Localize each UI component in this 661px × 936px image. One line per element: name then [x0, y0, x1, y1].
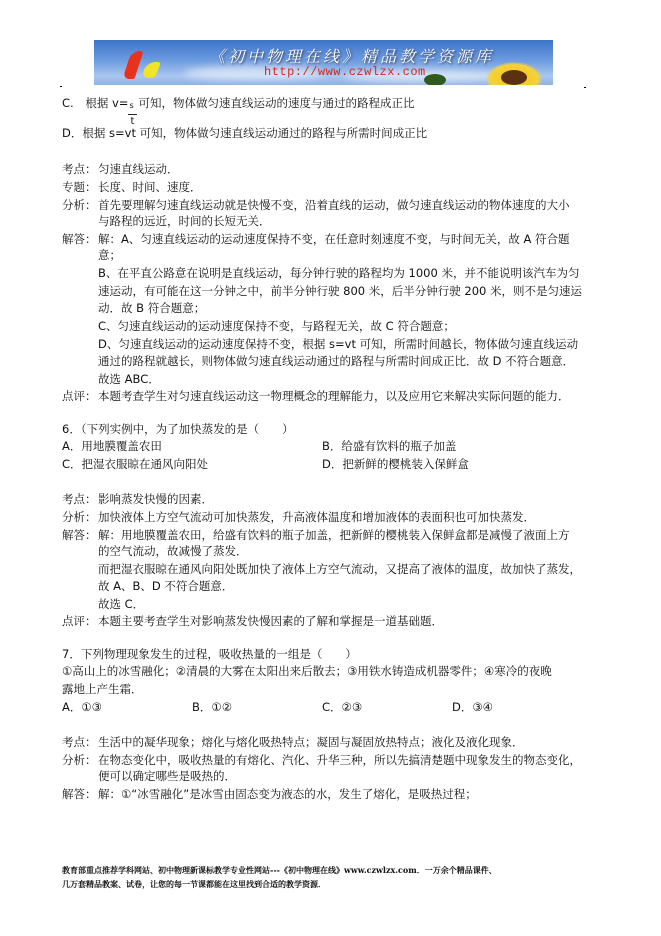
stray-mark — [60, 86, 62, 87]
q6-option-d: D．把新鲜的樱桃装入保鲜盒 — [322, 456, 469, 472]
q6-jieda-line: 故 A、B、D 不符合题意． — [98, 578, 233, 594]
field-value: 匀速直线运动． — [98, 162, 179, 176]
q5-dianping: 点评：本题考查学生对匀速直线运动这一物理概念的理解能力，以及应用它来解决实际问题… — [62, 388, 570, 404]
footer-line-1: 教育部重点推荐学科网站、初中物理新课标教学专业性网站---《初中物理在线》www… — [62, 864, 497, 876]
field-value: 解：①“冰雪融化”是冰雪由固态变为液态的水，发生了熔化，是吸热过程； — [98, 787, 477, 801]
q6-kaodian: 考点：影响蒸发快慢的因素． — [62, 491, 213, 507]
q5-zhuanti: 专题：长度、时间、速度． — [62, 179, 202, 195]
field-label: 专题： — [62, 179, 98, 195]
option-text: 根据 v= — [85, 96, 128, 110]
q7-items-cont: 露地上产生霜． — [62, 681, 143, 697]
q7-option-d: D．③④ — [452, 699, 493, 715]
q5-fenxi-cont: 与路程的远近，时间的长短无关． — [98, 213, 271, 229]
field-label: 考点： — [62, 161, 98, 177]
field-value: 本题主要考查学生对影响蒸发快慢因素的了解和掌握是一道基础题． — [98, 614, 443, 628]
field-label: 点评： — [62, 388, 98, 404]
q5-jieda-line: 故选 ABC． — [98, 371, 160, 387]
q6-jieda-line: 而把湿衣服晾在通风向阳处既加快了液体上方空气流动，又提高了液体的温度，故加快了蒸… — [98, 561, 581, 577]
field-value: 长度、时间、速度． — [98, 180, 202, 194]
field-value: 解：用地膜覆盖农田，给盛有饮料的瓶子加盖，把新鲜的樱桃装入保鲜盒都是减慢了液面上… — [98, 528, 570, 542]
q6-jieda-line: 故选 C． — [98, 596, 144, 612]
field-label: 解答： — [62, 786, 98, 802]
q6-option-c: C．把湿衣服晾在通风向阳处 — [62, 456, 208, 472]
q7-option-c: C．②③ — [322, 699, 362, 715]
field-label: 解答： — [62, 527, 98, 543]
logo-icon-accent — [141, 62, 161, 78]
q7-option-a: A．①③ — [62, 699, 102, 715]
q5-fenxi: 分析：首先要理解匀速直线运动就是快慢不变，沿着直线的运动，做匀速直线运动的物体速… — [62, 197, 570, 213]
q7-fenxi-cont: 便可以确定哪些是吸热的． — [98, 768, 236, 784]
field-label: 考点： — [62, 491, 98, 507]
banner-url[interactable]: http://www.czwlzx.com — [264, 65, 426, 79]
q6-option-b: B．给盛有饮料的瓶子加盖 — [322, 438, 456, 454]
field-label: 考点： — [62, 734, 98, 750]
stray-mark — [584, 87, 586, 88]
q6-stem: 6．（下列实例中，为了加快蒸发的是（ ） — [62, 421, 294, 437]
q5-jieda-line: 动．故 B 符合题意； — [98, 300, 205, 316]
field-value: 影响蒸发快慢的因素． — [98, 492, 213, 506]
field-value: 加快液体上方空气流动可加快蒸发，升高液体温度和增加液体的表面积也可加快蒸发． — [98, 510, 535, 524]
field-label: 分析： — [62, 752, 98, 768]
q5-jieda-line: D、匀速直线运动的运动速度保持不变，根据 s=vt 可知，所需时间越长，物体做匀… — [98, 336, 578, 352]
field-value: 首先要理解匀速直线运动就是快慢不变，沿着直线的运动，做匀速直线运动的物体速度的大… — [98, 198, 570, 212]
q6-dianping: 点评：本题主要考查学生对影响蒸发快慢因素的了解和掌握是一道基础题． — [62, 613, 443, 629]
field-value: 生活中的凝华现象；熔化与熔化吸热特点；凝固与凝固放热特点；液化及液化现象． — [98, 735, 524, 749]
q5-jieda-line: B、在平直公路意在说明是直线运动，每分钟行驶的路程均为 1000 米，并不能说明… — [98, 265, 579, 281]
option-letter: C. — [62, 96, 74, 110]
q6-fenxi: 分析：加快液体上方空气流动可加快蒸发，升高液体温度和增加液体的表面积也可加快蒸发… — [62, 509, 535, 525]
q7-jieda: 解答：解：①“冰雪融化”是冰雪由固态变为液态的水，发生了熔化，是吸热过程； — [62, 786, 477, 802]
q5-jieda: 解答：解：A、匀速直线运动的运动速度保持不变，在任意时刻速度不变，与时间无关，故… — [62, 231, 570, 247]
footer-line-2: 几万套精品教案、试卷，让您的每一节课都能在这里找到合适的教学资源． — [62, 878, 326, 890]
q5-jieda-line: C、匀速直线运动的运动速度保持不变，与路程无关，故 C 符合题意； — [98, 318, 455, 334]
field-value: 解：A、匀速直线运动的运动速度保持不变，在任意时刻速度不变，与时间无关，故 A … — [98, 232, 570, 246]
field-label: 分析： — [62, 197, 98, 213]
logo-icon — [122, 51, 143, 79]
header-banner: 《初中物理在线》精品教学资源库 http://www.czwlzx.com — [94, 40, 553, 85]
q6-jieda: 解答：解：用地膜覆盖农田，给盛有饮料的瓶子加盖，把新鲜的樱桃装入保鲜盒都是减慢了… — [62, 527, 570, 543]
q5-jieda-line: 通过的路程就越长，则物体做匀速直线运动通过的路程与所需时间成正比．故 D 不符合… — [98, 353, 574, 369]
field-value: 本题考查学生对匀速直线运动这一物理概念的理解能力，以及应用它来解决实际问题的能力… — [98, 389, 570, 403]
q7-kaodian: 考点：生活中的凝华现象；熔化与熔化吸热特点；凝固与凝固放热特点；液化及液化现象． — [62, 734, 524, 750]
option-text: 可知，物体做匀速直线运动的速度与通过的路程成正比 — [138, 96, 414, 110]
q5-option-c: C. 根据 v=st可知，物体做匀速直线运动的速度与通过的路程成正比 — [62, 95, 414, 111]
field-label: 解答： — [62, 231, 98, 247]
q7-stem: 7．下列物理现象发生的过程，吸收热量的一组是（ ） — [62, 646, 357, 662]
q6-option-a: A．用地膜覆盖农田 — [62, 438, 162, 454]
q7-fenxi: 分析：在物态变化中，吸收热量的有熔化、汽化、升华三种，所以先搞清楚题中现象发生的… — [62, 752, 581, 768]
field-label: 点评： — [62, 613, 98, 629]
field-label: 分析： — [62, 509, 98, 525]
sunflower-icon — [486, 62, 542, 85]
q5-option-d: D．根据 s=vt 可知，物体做匀速直线运动通过的路程与所需时间成正比 — [62, 125, 427, 141]
q5-jieda-line: 速运动，有可能在这一分钟之中，前半分钟行驶 800 米，后半分钟行驶 200 米… — [98, 283, 582, 299]
q7-option-b: B．①② — [192, 699, 232, 715]
banner-title: 《初中物理在线》精品教学资源库 — [209, 44, 494, 67]
field-value: 在物态变化中，吸收热量的有熔化、汽化、升华三种，所以先搞清楚题中现象发生的物态变… — [98, 753, 581, 767]
leaf-decoration — [424, 74, 446, 85]
q7-items: ①高山上的冰雪融化；②清晨的大雾在太阳出来后散去；③用铁水铸造成机器零件；④寒冷… — [62, 663, 552, 679]
q5-jieda-line: 意； — [98, 247, 121, 263]
q6-jieda-line: 的空气流动，故减慢了蒸发． — [98, 543, 248, 559]
q5-kaodian: 考点：匀速直线运动． — [62, 161, 179, 177]
